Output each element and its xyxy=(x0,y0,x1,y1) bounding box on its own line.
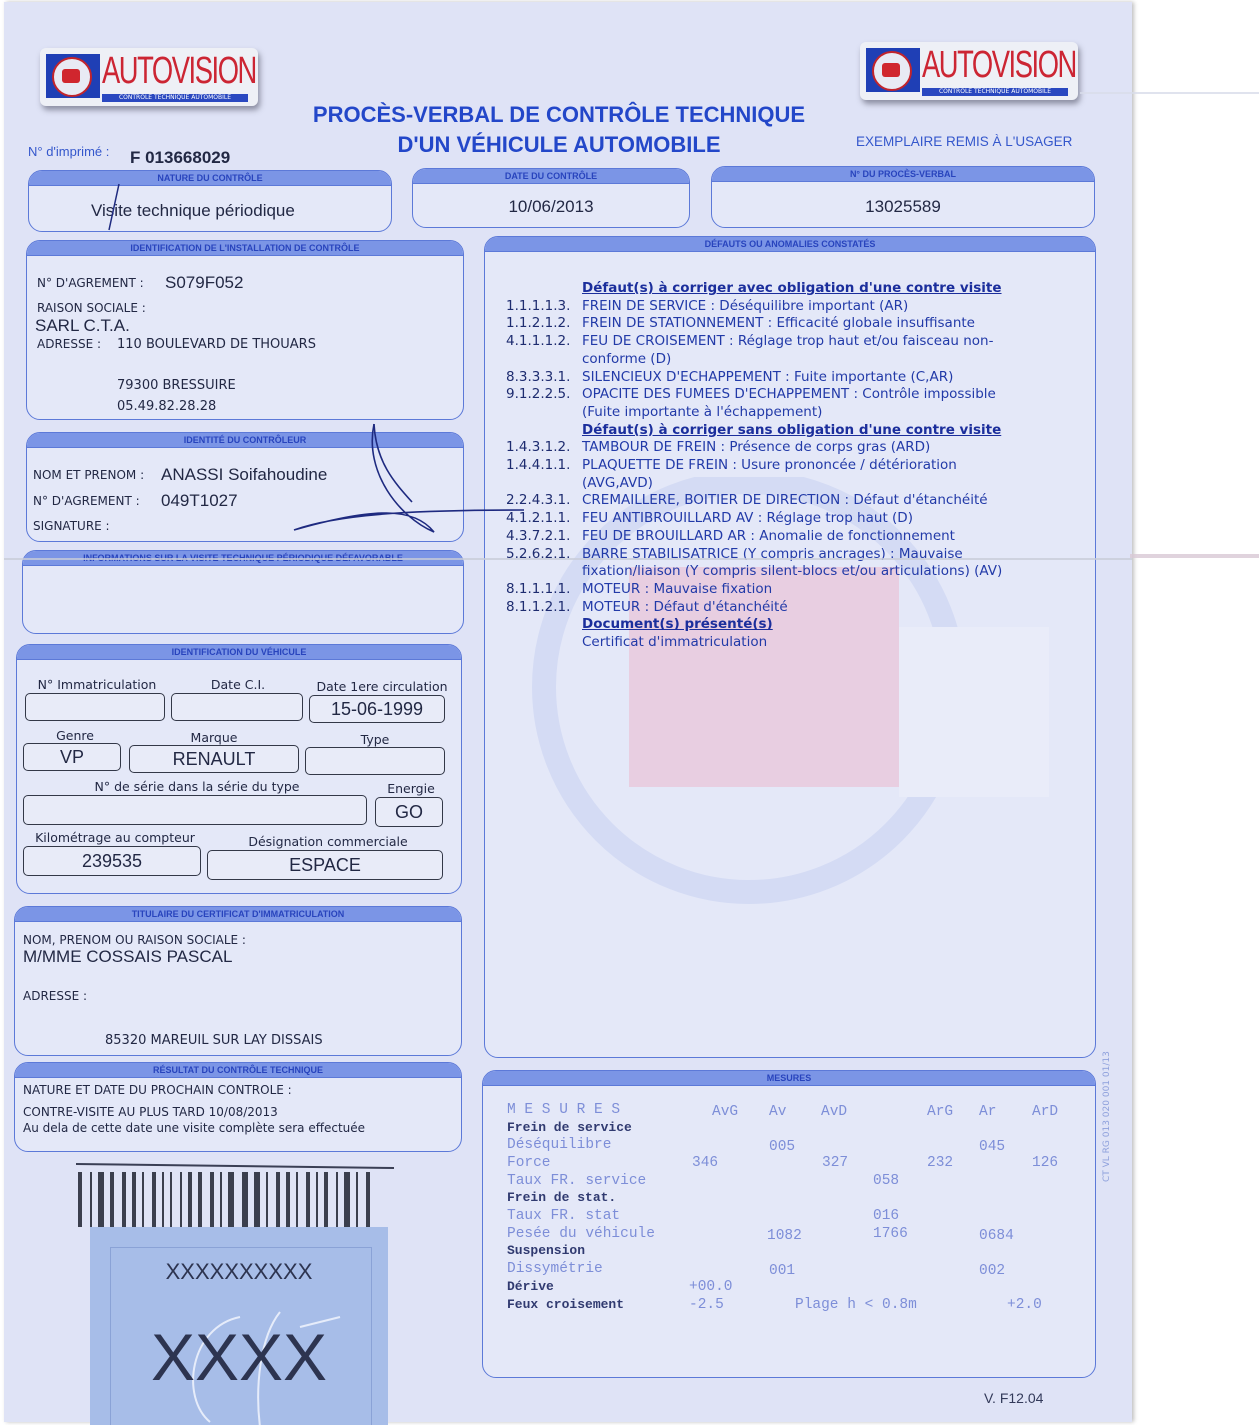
defect-item: Certificat d'immatriculation xyxy=(506,634,1026,652)
scan-artifact xyxy=(1080,92,1259,94)
defect-description: CREMAILLERE, BOITIER DE DIRECTION : Défa… xyxy=(582,492,1026,510)
section-header: TITULAIRE DU CERTIFICAT D'IMMATRICULATIO… xyxy=(15,907,461,922)
raison-sociale: SARL C.T.A. xyxy=(35,316,130,336)
brand-name: AUTOVISION xyxy=(922,44,1076,87)
measures-row-label: Frein de stat. xyxy=(507,1190,616,1205)
designation-commerciale-label: Désignation commerciale xyxy=(211,834,445,849)
controleur-agrement: 049T1027 xyxy=(161,491,238,511)
defect-code xyxy=(506,634,582,652)
measure-value: 346 xyxy=(692,1155,718,1171)
defect-description: BARRE STABILISATRICE (Y compris ancrages… xyxy=(582,546,1026,581)
proces-verbal-number-box: N° DU PROCÈS-VERBAL 13025589 xyxy=(711,166,1095,228)
informations-box: INFORMATIONS SUR LA VISITE TECHNIQUE PÉR… xyxy=(22,550,464,634)
measure-value: 002 xyxy=(979,1263,1005,1279)
defect-item: 4.1.1.1.2.FEU DE CROISEMENT : Réglage tr… xyxy=(506,333,1026,368)
nature-controle-box: NATURE DU CONTRÔLE Visite technique péri… xyxy=(28,170,392,232)
measure-value: 327 xyxy=(822,1155,848,1171)
measure-value: 005 xyxy=(769,1139,795,1155)
form-version: V. F12.04 xyxy=(984,1390,1043,1406)
defect-item: 8.1.1.2.1.MOTEUR : Défaut d'étanchéité xyxy=(506,599,1026,617)
energie-field: GO xyxy=(375,797,443,827)
section-header: NATURE DU CONTRÔLE xyxy=(29,171,391,186)
immatriculation-field xyxy=(25,693,165,721)
measures-row-label: Pesée du véhicule xyxy=(507,1226,655,1242)
type-label: Type xyxy=(305,732,445,747)
measure-note: Plage h < 0.8m xyxy=(795,1297,917,1313)
kilometrage-field: 239535 xyxy=(23,846,201,876)
measure-value: 0684 xyxy=(979,1228,1014,1244)
signature-scribble xyxy=(284,422,524,542)
installation-phone: 05.49.82.28.28 xyxy=(117,399,216,414)
autovision-logo-left: AUTOVISION CONTRÔLE TECHNIQUE AUTOMOBILE xyxy=(40,48,258,106)
date-premiere-circulation-label: Date 1ere circulation xyxy=(307,679,457,694)
measure-value: 126 xyxy=(1032,1155,1058,1171)
measure-value: 1766 xyxy=(873,1226,908,1242)
resultat-note: Au dela de cette date une visite complèt… xyxy=(23,1121,365,1135)
defect-item: 1.4.3.1.2.TAMBOUR DE FREIN : Présence de… xyxy=(506,439,1026,457)
paper-fold xyxy=(4,558,1132,560)
defect-description: FREIN DE SERVICE : Déséquilibre importan… xyxy=(582,298,1026,316)
marque-label: Marque xyxy=(129,730,299,745)
defect-description: MOTEUR : Mauvaise fixation xyxy=(582,581,1026,599)
measure-value: +00.0 xyxy=(689,1279,733,1295)
form-reference-code: CT VL RG 013 020 001 01/13 xyxy=(1102,1051,1112,1182)
measure-value: -2.5 xyxy=(689,1297,724,1313)
defect-description: FEU ANTIBROUILLARD AV : Réglage trop hau… xyxy=(582,510,1026,528)
defect-description: SILENCIEUX D'ECHAPPEMENT : Fuite importa… xyxy=(582,369,1026,387)
nom-prenom-label: NOM ET PRENOM : xyxy=(33,468,144,482)
barcode xyxy=(76,1162,396,1227)
defect-item: 2.2.4.3.1.CREMAILLERE, BOITIER DE DIRECT… xyxy=(506,492,1026,510)
document-title-line1: PROCÈS-VERBAL DE CONTRÔLE TECHNIQUE xyxy=(274,102,844,128)
measures-heading: M E S U R E S xyxy=(507,1102,620,1118)
titulaire-adresse-label: ADRESSE : xyxy=(23,989,87,1003)
measures-column-header: ArD xyxy=(1032,1104,1058,1120)
measures-row-label: Frein de service xyxy=(507,1120,632,1135)
measures-row-label: Feux croisement xyxy=(507,1297,624,1312)
measures-column-header: AvD xyxy=(821,1104,847,1120)
section-header: MESURES xyxy=(483,1071,1095,1086)
defect-item: 8.1.1.1.1.MOTEUR : Mauvaise fixation xyxy=(506,581,1026,599)
date-ci-label: Date C.I. xyxy=(173,677,303,692)
pen-mark xyxy=(104,182,124,232)
section-header: DÉFAUTS OU ANOMALIES CONSTATÉS xyxy=(485,237,1095,252)
defect-item: 1.4.4.1.1.PLAQUETTE DE FREIN : Usure pro… xyxy=(506,457,1026,492)
measure-value: 232 xyxy=(927,1155,953,1171)
measures-column-header: ArG xyxy=(927,1104,953,1120)
copy-note: EXEMPLAIRE REMIS À L'USAGER xyxy=(856,134,1072,149)
installation-address-street: 110 BOULEVARD DE THOUARS xyxy=(117,337,316,352)
measures-row-label: Déséquilibre xyxy=(507,1137,611,1153)
titulaire-nom-label: NOM, PRENOM OU RAISON SOCIALE : xyxy=(23,933,246,947)
proces-verbal-number: 13025589 xyxy=(712,197,1094,217)
print-number: F 013668029 xyxy=(130,148,230,168)
defect-description: OPACITE DES FUMEES D'ECHAPPEMENT : Contr… xyxy=(582,386,1026,421)
type-field xyxy=(305,747,445,775)
defect-description: TAMBOUR DE FREIN : Présence de corps gra… xyxy=(582,439,1026,457)
titulaire-nom: M/MME COSSAIS PASCAL xyxy=(23,947,232,967)
raison-sociale-label: RAISON SOCIALE : xyxy=(37,301,146,315)
measures-row-label: Taux FR. stat xyxy=(507,1208,620,1224)
measure-value: 1082 xyxy=(767,1228,802,1244)
agrement-label: N° D'AGREMENT : xyxy=(37,276,144,290)
defect-item: 1.1.2.1.2.FREIN DE STATIONNEMENT : Effic… xyxy=(506,315,1026,333)
defect-code: 4.1.1.1.2. xyxy=(506,333,582,368)
genre-field: VP xyxy=(23,743,121,771)
print-number-label: N° d'imprimé : xyxy=(28,144,109,159)
defect-item: 1.1.1.1.3.FREIN DE SERVICE : Déséquilibr… xyxy=(506,298,1026,316)
resultat-label: NATURE ET DATE DU PROCHAIN CONTROLE : xyxy=(23,1083,292,1097)
energie-label: Energie xyxy=(377,781,445,796)
date-controle-value: 10/06/2013 xyxy=(413,197,689,217)
numero-serie-label: N° de série dans la série du type xyxy=(27,779,367,794)
defect-description: FEU DE CROISEMENT : Réglage trop haut et… xyxy=(582,333,1026,368)
measure-value: +2.0 xyxy=(1007,1297,1042,1313)
defect-code: 1.1.2.1.2. xyxy=(506,315,582,333)
section-header: IDENTIFICATION DU VÉHICULE xyxy=(17,645,461,660)
defect-item: 9.1.2.2.5.OPACITE DES FUMEES D'ECHAPPEME… xyxy=(506,386,1026,421)
marque-field: RENAULT xyxy=(129,745,299,773)
defects-list: Défaut(s) à corriger avec obligation d'u… xyxy=(506,280,1026,652)
defect-code: 8.3.3.3.1. xyxy=(506,369,582,387)
kilometrage-label: Kilométrage au compteur xyxy=(23,830,207,845)
car-emblem-icon xyxy=(46,54,100,98)
defect-item: 8.3.3.3.1.SILENCIEUX D'ECHAPPEMENT : Fui… xyxy=(506,369,1026,387)
signature-label: SIGNATURE : xyxy=(33,519,110,533)
defect-code: 9.1.2.2.5. xyxy=(506,386,582,421)
measures-column-header: Av xyxy=(769,1104,786,1120)
vehicule-box: IDENTIFICATION DU VÉHICULE N° Immatricul… xyxy=(16,644,462,894)
autovision-logo-right: AUTOVISION CONTRÔLE TECHNIQUE AUTOMOBILE xyxy=(860,42,1078,100)
designation-commerciale-field: ESPACE xyxy=(207,850,443,880)
measures-column-header: AvG xyxy=(712,1104,738,1120)
measures-row-label: Taux FR. service xyxy=(507,1173,646,1189)
section-header: DATE DU CONTRÔLE xyxy=(413,169,689,184)
scan-artifact xyxy=(1130,554,1259,558)
defect-description: FREIN DE STATIONNEMENT : Efficacité glob… xyxy=(582,315,1026,333)
defect-description: FEU DE BROUILLARD AR : Anomalie de fonct… xyxy=(582,528,1026,546)
date-controle-box: DATE DU CONTRÔLE 10/06/2013 xyxy=(412,168,690,228)
installation-agrement: S079F052 xyxy=(165,273,243,293)
defect-description: MOTEUR : Défaut d'étanchéité xyxy=(582,599,1026,617)
measures-row-label: Force xyxy=(507,1155,551,1171)
brand-subtitle: CONTRÔLE TECHNIQUE AUTOMOBILE xyxy=(922,88,1068,96)
document-title-line2: D'UN VÉHICULE AUTOMOBILE xyxy=(274,132,844,158)
section-header: RÉSULTAT DU CONTRÔLE TECHNIQUE xyxy=(15,1063,461,1078)
defect-item: 5.2.6.2.1.BARRE STABILISATRICE (Y compri… xyxy=(506,546,1026,581)
contre-visite-date: CONTRE-VISITE AU PLUS TARD 10/08/2013 xyxy=(23,1105,278,1119)
defect-code: 8.1.1.1.1. xyxy=(506,581,582,599)
titulaire-ville: 85320 MAREUIL SUR LAY DISSAIS xyxy=(105,1033,323,1048)
measure-value: 045 xyxy=(979,1139,1005,1155)
date-ci-field xyxy=(171,693,303,721)
defect-description: Certificat d'immatriculation xyxy=(582,634,1026,652)
brand-subtitle: CONTRÔLE TECHNIQUE AUTOMOBILE xyxy=(102,94,248,102)
titulaire-box: TITULAIRE DU CERTIFICAT D'IMMATRICULATIO… xyxy=(14,906,462,1056)
resultat-box: RÉSULTAT DU CONTRÔLE TECHNIQUE NATURE ET… xyxy=(14,1062,462,1152)
inspection-report-page: AUTOVISION CONTRÔLE TECHNIQUE AUTOMOBILE… xyxy=(4,2,1132,1422)
section-header: N° DU PROCÈS-VERBAL xyxy=(712,167,1094,182)
measures-row-label: Dissymétrie xyxy=(507,1261,603,1277)
measure-value: 016 xyxy=(873,1208,899,1224)
measure-value: 058 xyxy=(873,1173,899,1189)
measures-row-label: Suspension xyxy=(507,1243,585,1258)
brand-name: AUTOVISION xyxy=(102,50,256,93)
immatriculation-label: N° Immatriculation xyxy=(27,677,167,692)
defect-section-header: Défaut(s) à corriger sans obligation d'u… xyxy=(506,422,1026,440)
sticker-id: XXXXXXXXXX xyxy=(90,1259,388,1285)
agrement-label: N° D'AGREMENT : xyxy=(33,494,140,508)
sticker-code: XXXX xyxy=(90,1319,388,1395)
installation-box: IDENTIFICATION DE L'INSTALLATION DE CONT… xyxy=(26,240,464,420)
date-premiere-circulation-field: 15-06-1999 xyxy=(309,695,445,723)
section-header: IDENTIFICATION DE L'INSTALLATION DE CONT… xyxy=(27,241,463,256)
genre-label: Genre xyxy=(25,728,125,743)
defect-item: 4.3.7.2.1.FEU DE BROUILLARD AR : Anomali… xyxy=(506,528,1026,546)
measures-row-label: Dérive xyxy=(507,1279,554,1294)
defect-section-header: Document(s) présenté(s) xyxy=(506,616,1026,634)
defect-code: 8.1.1.2.1. xyxy=(506,599,582,617)
defect-section-header: Défaut(s) à corriger avec obligation d'u… xyxy=(506,280,1026,298)
installation-address-city: 79300 BRESSUIRE xyxy=(117,378,236,393)
defect-description: PLAQUETTE DE FREIN : Usure prononcée / d… xyxy=(582,457,1026,492)
defect-code: 1.1.1.1.3. xyxy=(506,298,582,316)
numero-serie-field xyxy=(23,795,367,825)
defect-code: 5.2.6.2.1. xyxy=(506,546,582,581)
measures-column-header: Ar xyxy=(979,1104,996,1120)
car-emblem-icon xyxy=(866,48,920,92)
sticker-card: XXXXXXXXXX XXXX xyxy=(90,1227,388,1425)
defect-item: 4.1.2.1.1.FEU ANTIBROUILLARD AV : Réglag… xyxy=(506,510,1026,528)
adresse-label: ADRESSE : xyxy=(37,337,101,351)
measure-value: 001 xyxy=(769,1263,795,1279)
